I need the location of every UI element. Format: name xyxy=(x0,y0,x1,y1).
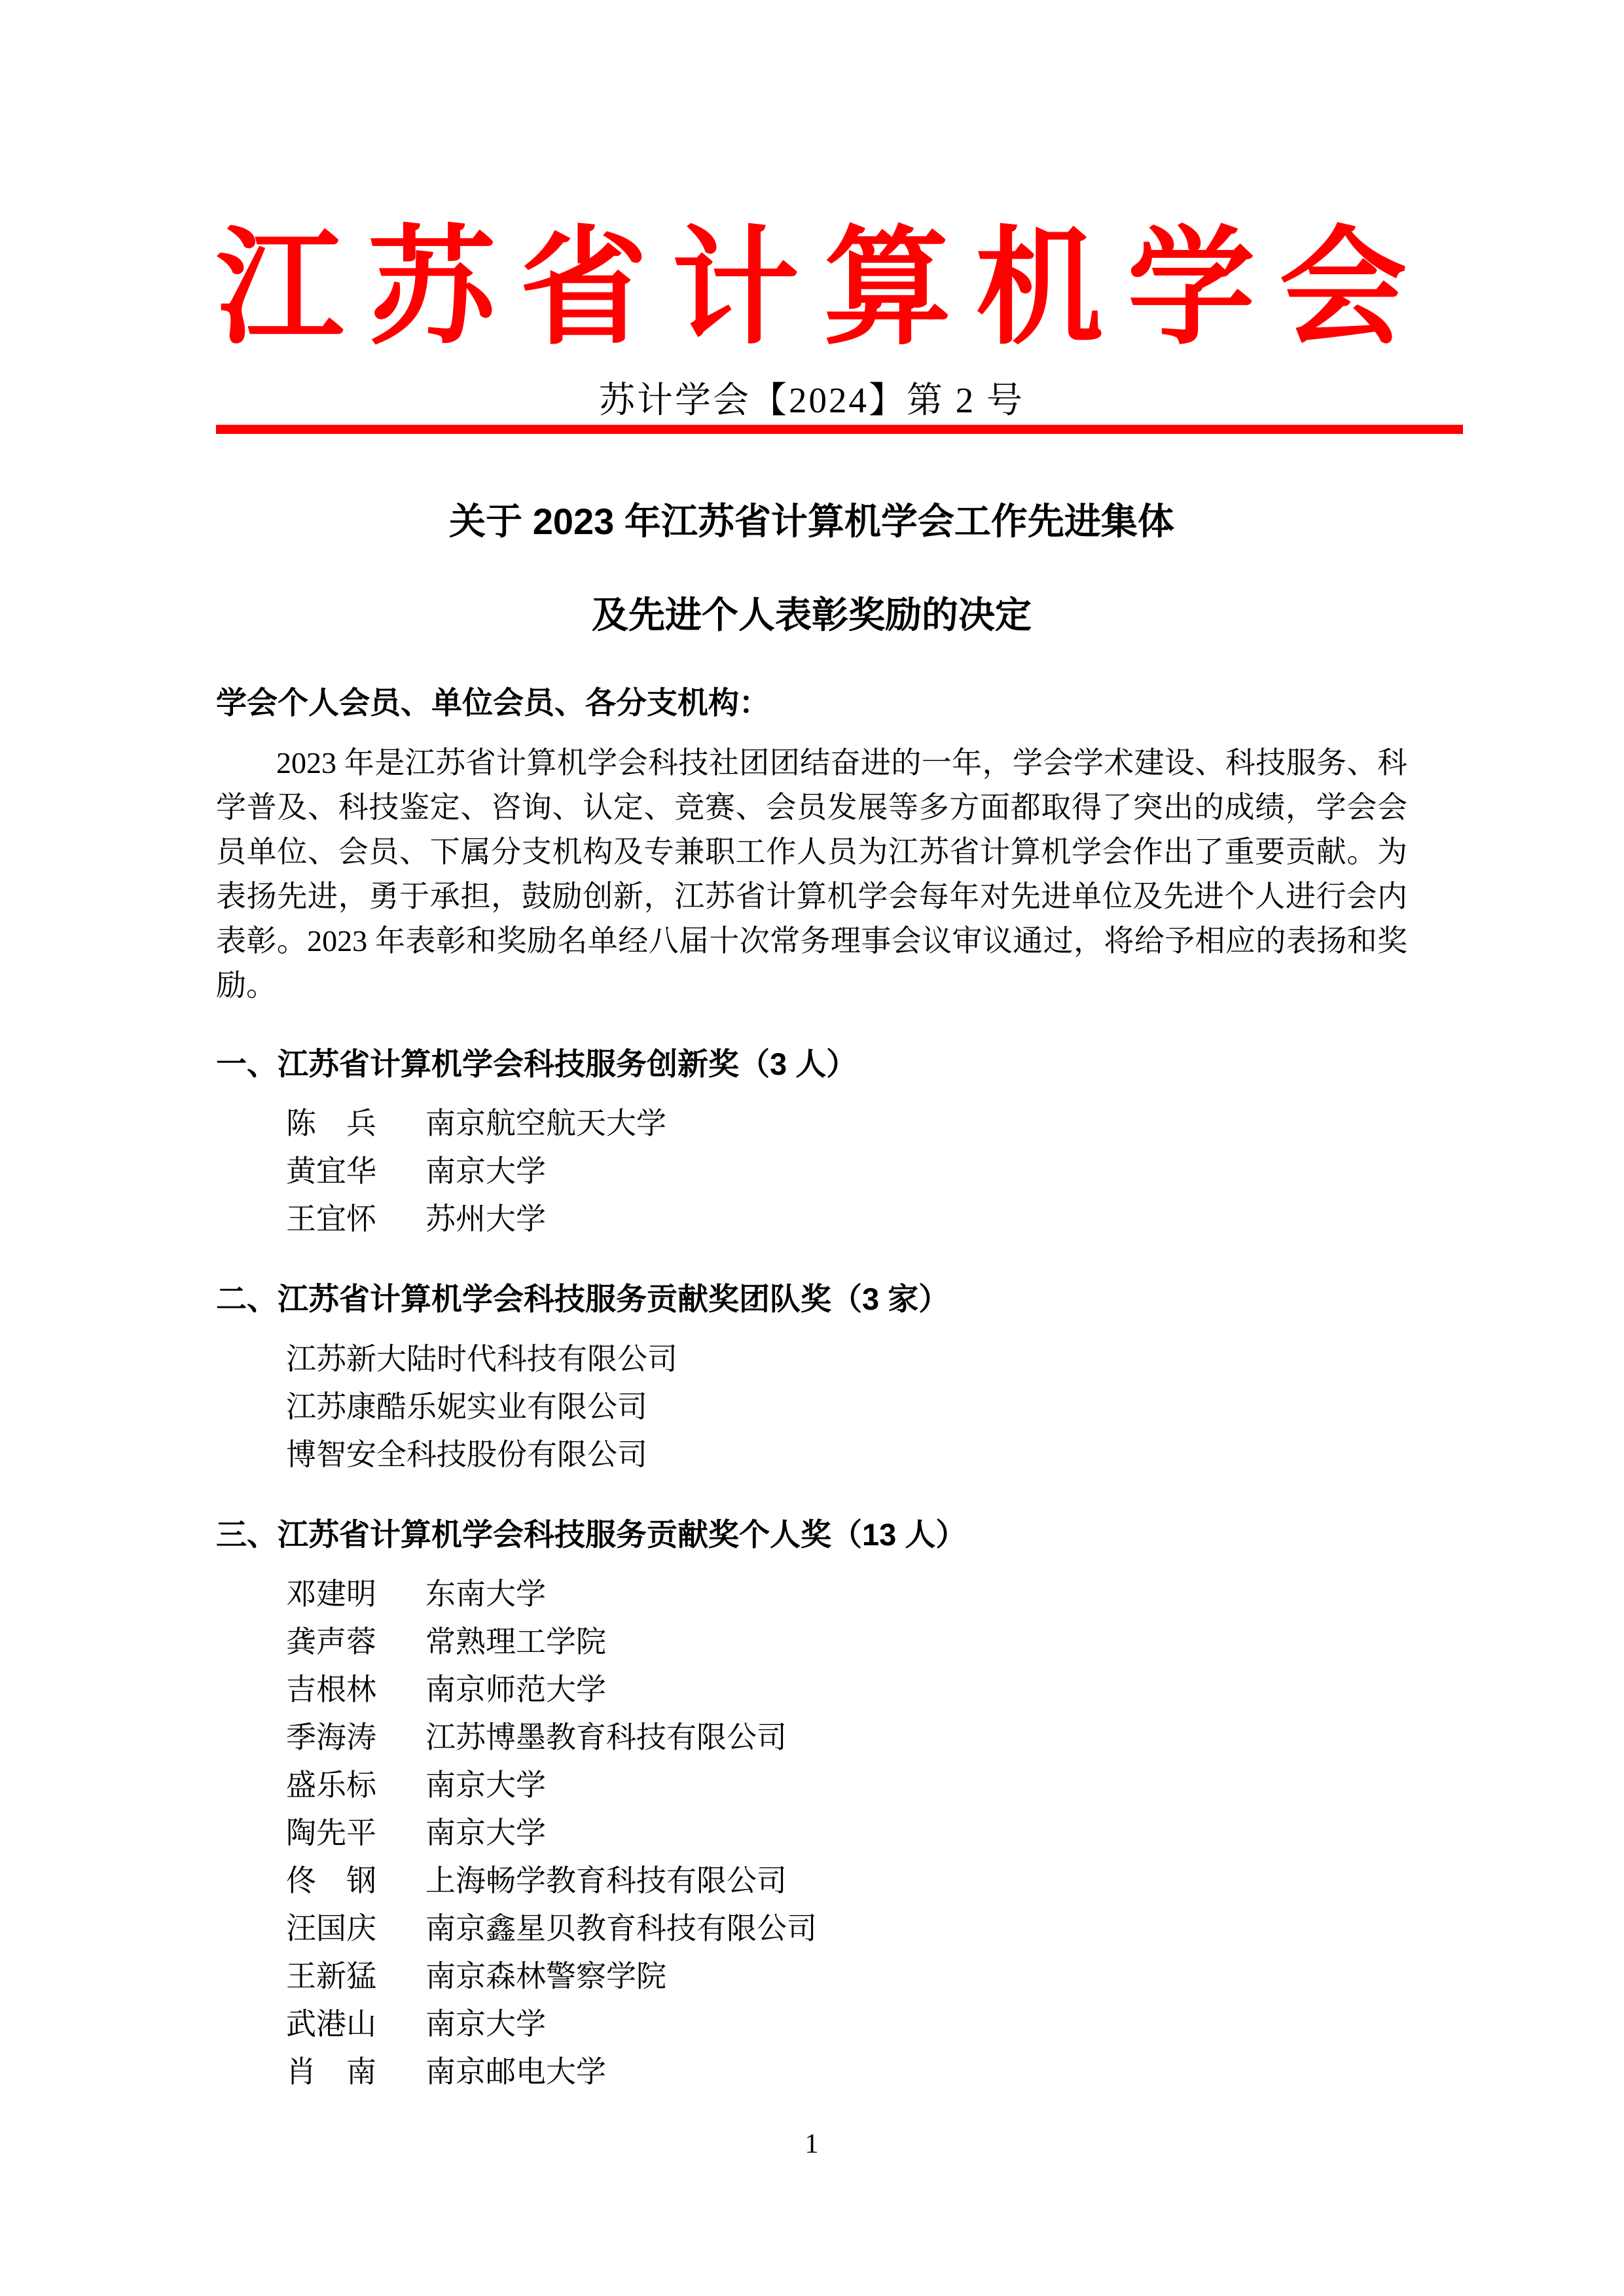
award-list: 江苏新大陆时代科技有限公司江苏康酷乐妮实业有限公司博智安全科技股份有限公司 xyxy=(216,1335,1407,1479)
award-item-person: 武港山南京大学 xyxy=(216,2000,1407,2048)
awardee-name: 陶先平 xyxy=(286,1809,425,1857)
award-item-person: 王新猛南京森林警察学院 xyxy=(216,1952,1407,2000)
awardee-name: 陈 兵 xyxy=(286,1100,425,1147)
awardee-name: 龚声蓉 xyxy=(286,1618,425,1666)
award-item-person: 季海涛江苏博墨教育科技有限公司 xyxy=(216,1713,1407,1761)
page-number: 1 xyxy=(216,2128,1407,2160)
masthead-title: 江苏省计算机学会 xyxy=(216,226,1407,353)
awardee-name: 邓建明 xyxy=(286,1570,425,1618)
award-item-person: 陈 兵南京航空航天大学 xyxy=(216,1100,1407,1147)
awardee-affiliation: 南京邮电大学 xyxy=(425,2048,606,2096)
award-item-organization: 江苏康酷乐妮实业有限公司 xyxy=(216,1383,1407,1431)
award-item-person: 佟 钢上海畅学教育科技有限公司 xyxy=(216,1857,1407,1905)
awardee-name: 吉根林 xyxy=(286,1666,425,1713)
award-list: 陈 兵南京航空航天大学黄宜华南京大学王宜怀苏州大学 xyxy=(216,1100,1407,1243)
award-list: 邓建明东南大学龚声蓉常熟理工学院吉根林南京师范大学季海涛江苏博墨教育科技有限公司… xyxy=(216,1570,1407,2096)
red-divider-line xyxy=(216,425,1463,434)
awardee-affiliation: 南京大学 xyxy=(425,1147,546,1195)
award-item-organization: 江苏新大陆时代科技有限公司 xyxy=(216,1335,1407,1383)
award-item-person: 肖 南南京邮电大学 xyxy=(216,2048,1407,2096)
award-section: 二、江苏省计算机学会科技服务贡献奖团队奖（3 家）江苏新大陆时代科技有限公司江苏… xyxy=(216,1281,1407,1478)
awardee-name: 黄宜华 xyxy=(286,1147,425,1195)
award-sections: 一、江苏省计算机学会科技服务创新奖（3 人）陈 兵南京航空航天大学黄宜华南京大学… xyxy=(216,1046,1407,2096)
document-title-line2: 及先进个人表彰奖励的决定 xyxy=(216,593,1407,637)
awardee-affiliation: 南京航空航天大学 xyxy=(425,1100,666,1147)
document-title-line1: 关于 2023 年江苏省计算机学会工作先进集体 xyxy=(216,499,1407,543)
awardee-name: 王宜怀 xyxy=(286,1195,425,1243)
awardee-name: 王新猛 xyxy=(286,1952,425,2000)
issue-number: 苏计学会【2024】第 2 号 xyxy=(216,380,1407,421)
award-section: 三、江苏省计算机学会科技服务贡献奖个人奖（13 人）邓建明东南大学龚声蓉常熟理工… xyxy=(216,1516,1407,2096)
awardee-affiliation: 南京大学 xyxy=(425,2000,546,2048)
section-heading: 二、江苏省计算机学会科技服务贡献奖团队奖（3 家） xyxy=(216,1281,1407,1318)
body-paragraph: 2023 年是江苏省计算机学会科技社团团结奋进的一年，学会学术建设、科技服务、科… xyxy=(216,741,1407,1008)
awardee-affiliation: 南京大学 xyxy=(425,1761,546,1809)
document-title: 关于 2023 年江苏省计算机学会工作先进集体 及先进个人表彰奖励的决定 xyxy=(216,499,1407,637)
awardee-name: 季海涛 xyxy=(286,1713,425,1761)
section-heading: 一、江苏省计算机学会科技服务创新奖（3 人） xyxy=(216,1046,1407,1083)
award-item-person: 黄宜华南京大学 xyxy=(216,1147,1407,1195)
awardee-name: 佟 钢 xyxy=(286,1857,425,1905)
award-item-person: 吉根林南京师范大学 xyxy=(216,1666,1407,1713)
awardee-affiliation: 南京森林警察学院 xyxy=(425,1952,666,2000)
award-item-person: 汪国庆南京鑫星贝教育科技有限公司 xyxy=(216,1905,1407,1952)
awardee-affiliation: 南京大学 xyxy=(425,1809,546,1857)
awardee-affiliation: 江苏博墨教育科技有限公司 xyxy=(425,1713,787,1761)
awardee-affiliation: 上海畅学教育科技有限公司 xyxy=(425,1857,787,1905)
awardee-affiliation: 南京师范大学 xyxy=(425,1666,606,1713)
award-item-person: 龚声蓉常熟理工学院 xyxy=(216,1618,1407,1666)
awardee-name: 肖 南 xyxy=(286,2048,425,2096)
section-heading: 三、江苏省计算机学会科技服务贡献奖个人奖（13 人） xyxy=(216,1516,1407,1553)
award-section: 一、江苏省计算机学会科技服务创新奖（3 人）陈 兵南京航空航天大学黄宜华南京大学… xyxy=(216,1046,1407,1243)
awardee-affiliation: 常熟理工学院 xyxy=(425,1618,606,1666)
award-item-person: 陶先平南京大学 xyxy=(216,1809,1407,1857)
awardee-name: 武港山 xyxy=(286,2000,425,2048)
awardee-affiliation: 南京鑫星贝教育科技有限公司 xyxy=(425,1905,817,1952)
awardee-affiliation: 苏州大学 xyxy=(425,1195,546,1243)
award-item-person: 邓建明东南大学 xyxy=(216,1570,1407,1618)
awardee-affiliation: 东南大学 xyxy=(425,1570,546,1618)
document-page: 江苏省计算机学会 苏计学会【2024】第 2 号 关于 2023 年江苏省计算机… xyxy=(0,0,1624,2296)
award-item-organization: 博智安全科技股份有限公司 xyxy=(216,1431,1407,1479)
document-header: 江苏省计算机学会 苏计学会【2024】第 2 号 xyxy=(216,226,1407,434)
award-item-person: 王宜怀苏州大学 xyxy=(216,1195,1407,1243)
award-item-person: 盛乐标南京大学 xyxy=(216,1761,1407,1809)
awardee-name: 汪国庆 xyxy=(286,1905,425,1952)
awardee-name: 盛乐标 xyxy=(286,1761,425,1809)
salutation: 学会个人会员、单位会员、各分支机构： xyxy=(216,685,1407,721)
